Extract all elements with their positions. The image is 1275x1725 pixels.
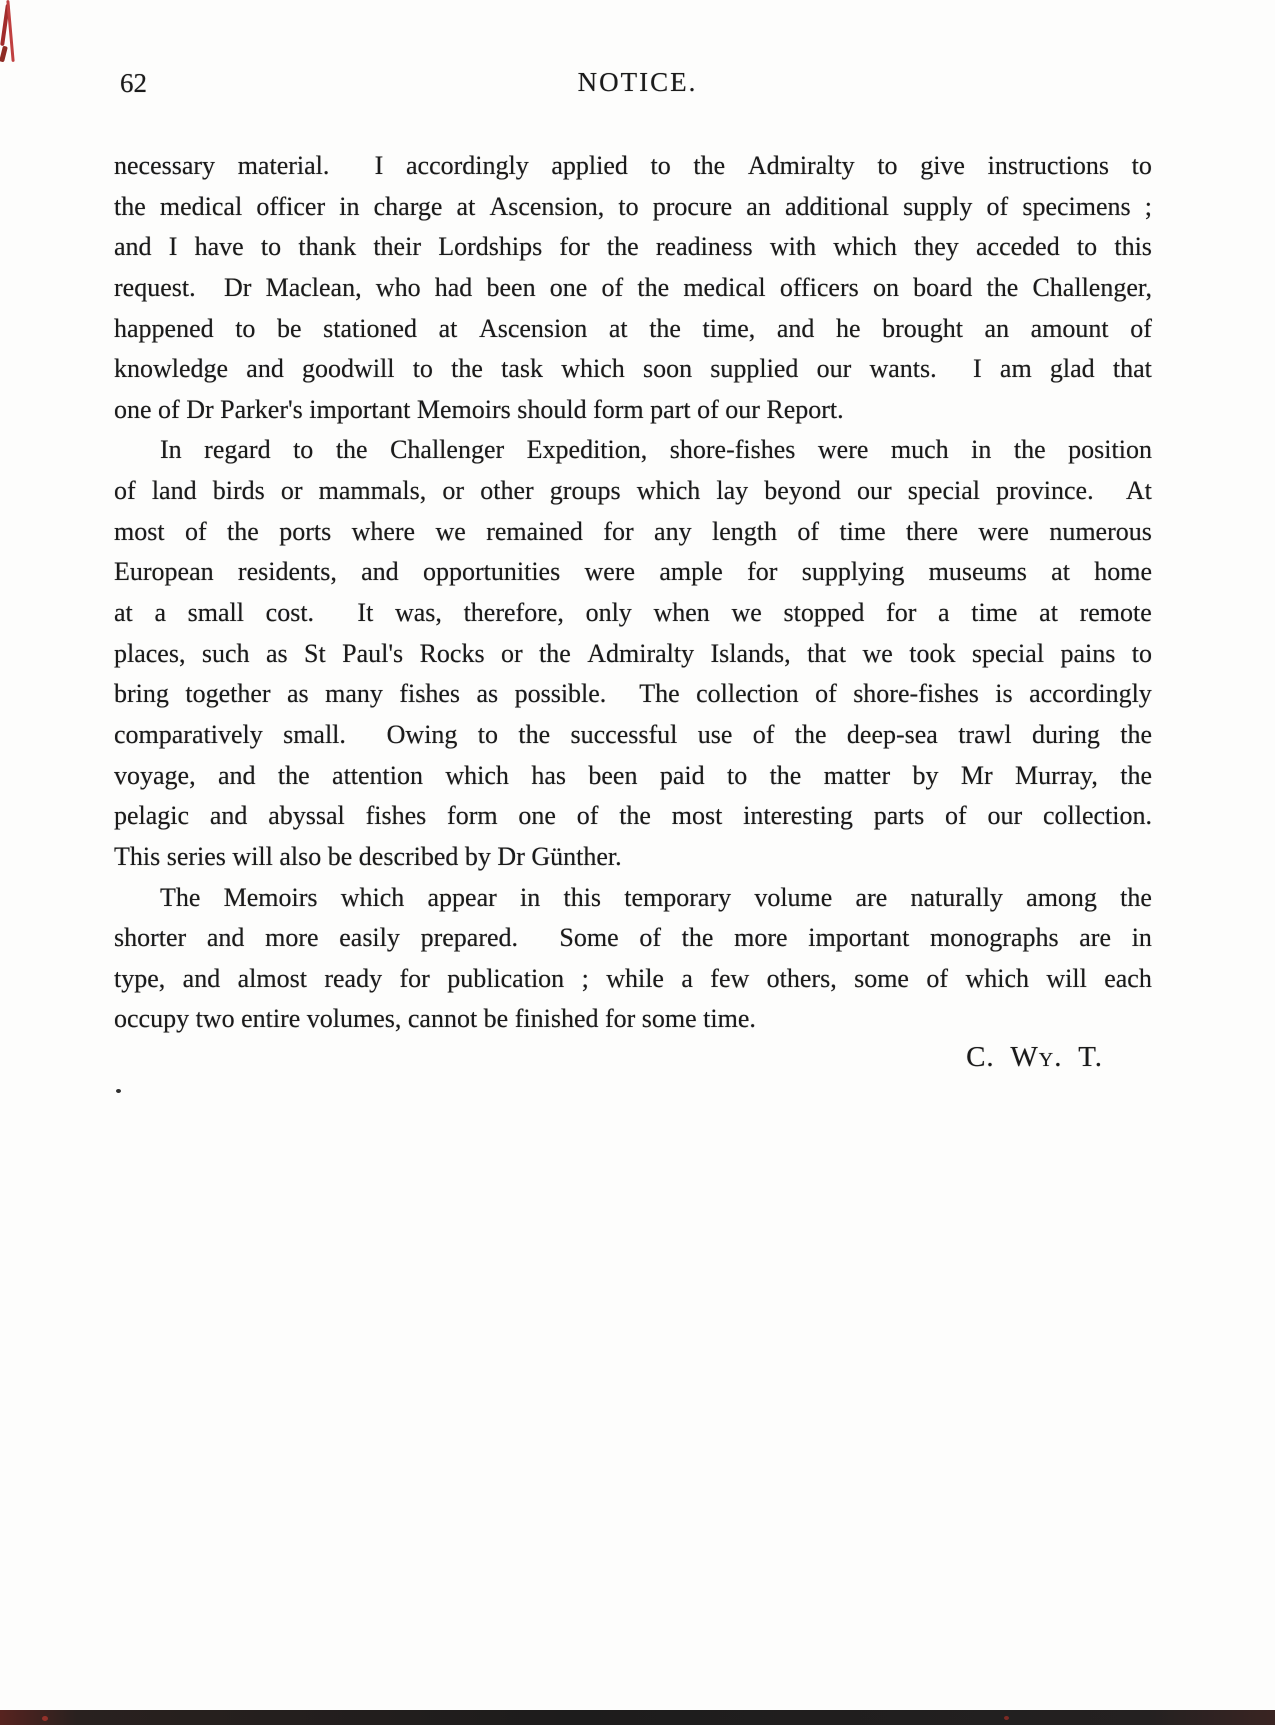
scan-red-mark [0, 46, 8, 63]
scan-speck [42, 1716, 48, 1721]
text-line: shorterandmoreeasilyprepared.Someofthemo… [114, 918, 1152, 959]
text-line: pelagicandabyssalfishesformoneofthemosti… [114, 796, 1152, 837]
page-header-title: NOTICE. [0, 69, 1275, 96]
scan-speck [116, 1089, 121, 1093]
text-line: places,suchasStPaul'sRocksortheAdmiralty… [114, 634, 1152, 675]
text-line: InregardtotheChallengerExpedition,shore-… [114, 430, 1152, 471]
text-line: This series will also be described by Dr… [114, 837, 1152, 878]
scan-speck [1004, 1716, 1009, 1720]
text-line: Europeanresidents,andopportunitiesweream… [114, 552, 1152, 593]
text-line: bringtogetherasmanyfishesaspossible.Thec… [114, 674, 1152, 715]
text-line: occupy two entire volumes, cannot be fin… [114, 999, 1152, 1040]
body-text: necessarymaterial.Iaccordinglyappliedtot… [114, 146, 1152, 1040]
text-line: one of Dr Parker's important Memoirs sho… [114, 390, 1152, 431]
scan-red-mark [6, 0, 14, 62]
text-line: comparativelysmall.Owingtothesuccessfulu… [114, 715, 1152, 756]
text-line: voyage,andtheattentionwhichhasbeenpaidto… [114, 756, 1152, 797]
text-line: oflandbirdsormammals,orothergroupswhichl… [114, 471, 1152, 512]
scan-bottom-edge [0, 1710, 1275, 1725]
text-line: type,andalmostreadyforpublication;whilea… [114, 959, 1152, 1000]
text-line: necessarymaterial.Iaccordinglyappliedtot… [114, 146, 1152, 187]
author-initials: C. Wy. T. [966, 1040, 1103, 1074]
text-line: request.DrMaclean,whohadbeenoneofthemedi… [114, 268, 1152, 309]
text-line: TheMemoirswhichappearinthistemporaryvolu… [114, 878, 1152, 919]
scan-speck [422, 699, 425, 702]
text-line: happenedtobestationedatAscensionatthetim… [114, 309, 1152, 350]
text-line: themedicalofficerinchargeatAscension,top… [114, 187, 1152, 228]
scanned-book-page: 62 NOTICE. necessarymaterial.Iaccordingl… [0, 0, 1275, 1725]
text-line: knowledgeandgoodwilltothetaskwhichsoonsu… [114, 349, 1152, 390]
text-line: andIhavetothanktheirLordshipsforthereadi… [114, 227, 1152, 268]
text-line: atasmallcost.Itwas,therefore,onlywhenwes… [114, 593, 1152, 634]
text-line: mostoftheportswhereweremainedforanylengt… [114, 512, 1152, 553]
